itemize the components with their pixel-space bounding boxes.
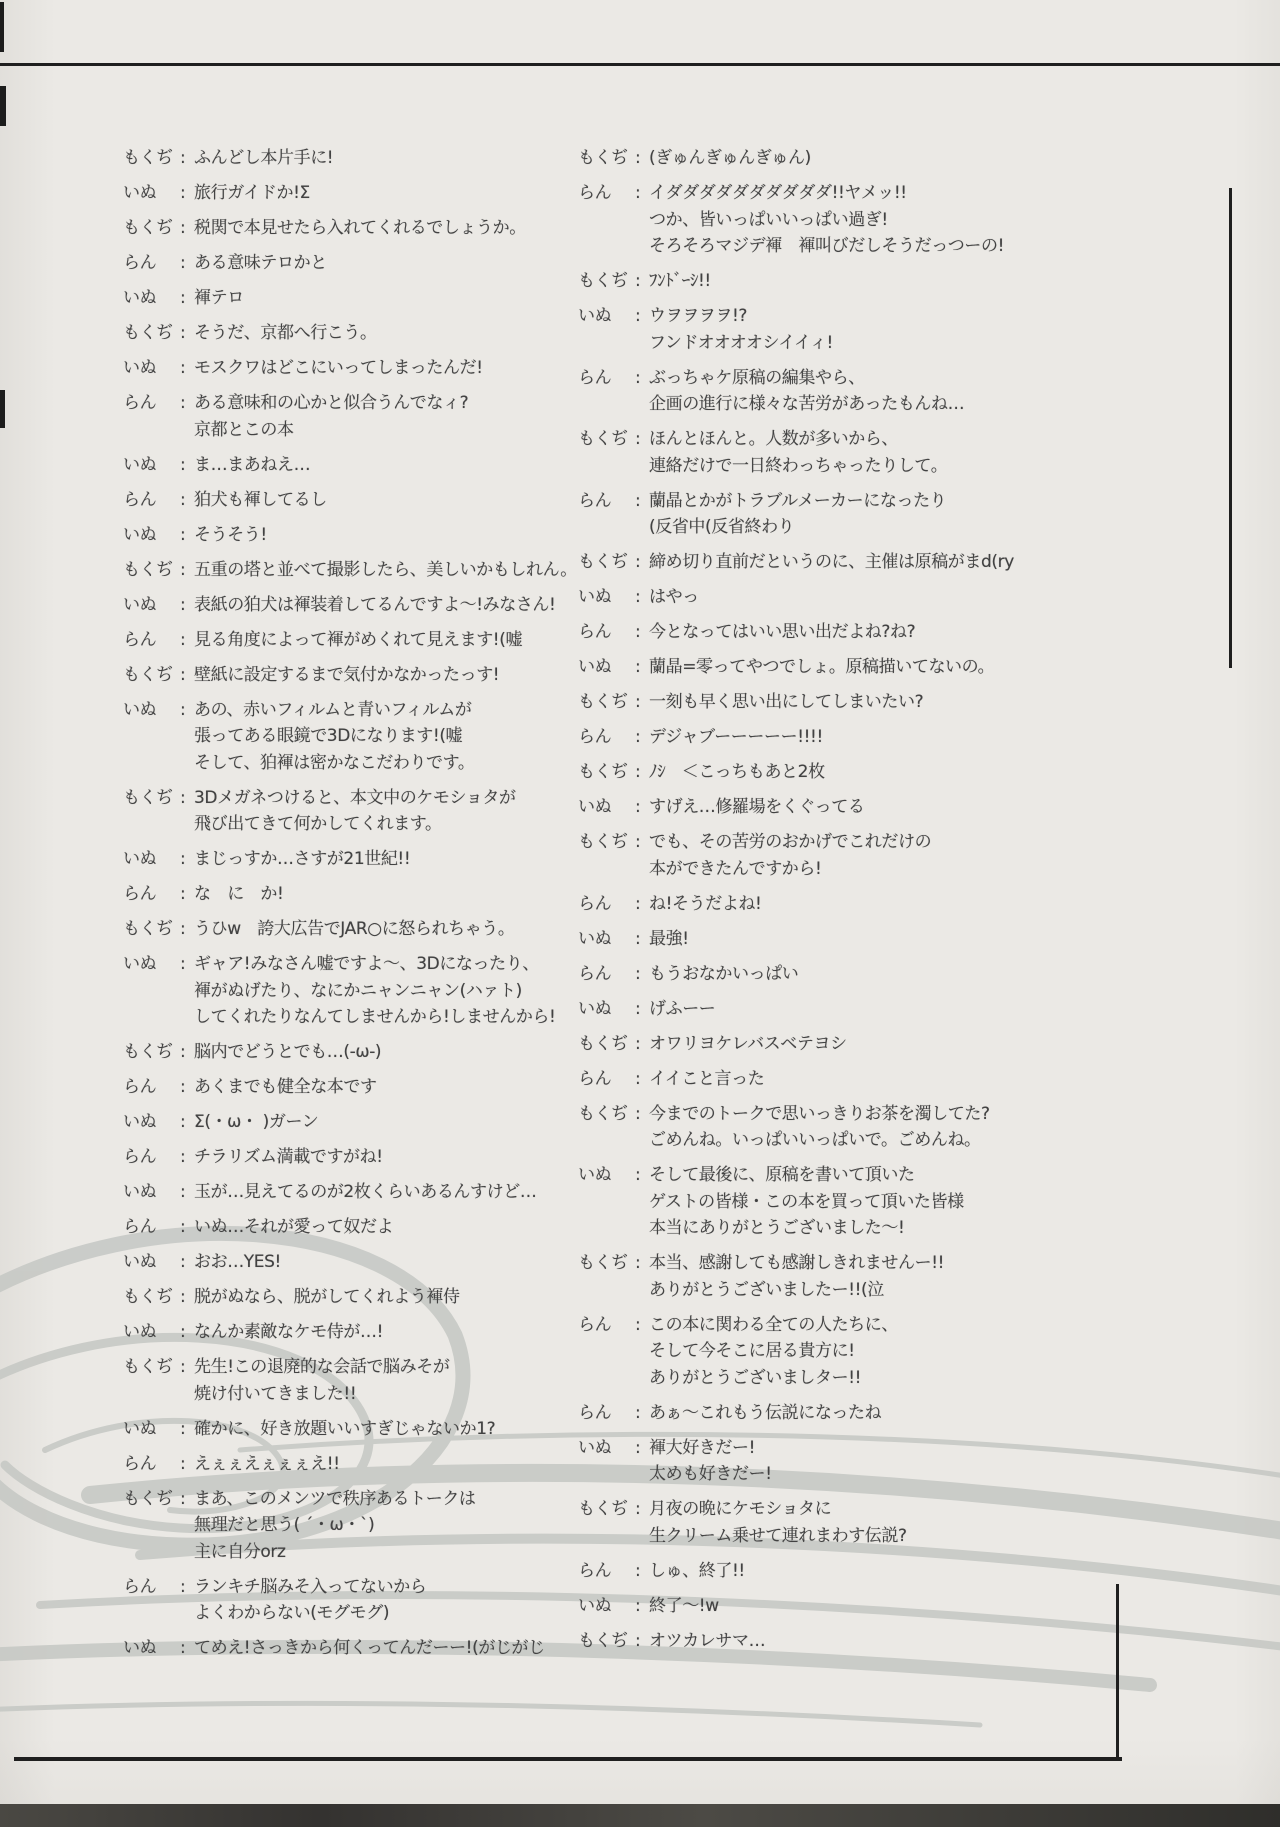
dialogue-text: ある意味テロかと [194, 250, 593, 277]
speaker-label: もくぢ [578, 145, 635, 172]
dialogue-entry: いぬ:げふーー [578, 996, 1098, 1023]
speaker-label: らん [123, 1214, 180, 1241]
dialogue-entry: もくぢ:締め切り直前だというのに、主催は原稿がまd(ry [578, 549, 1098, 576]
dialogue-entry: らん:今となってはいい思い出だよね?ね? [578, 619, 1098, 646]
dialogue-entry: もくぢ:そうだ、京都へ行こう。 [123, 320, 593, 347]
dialogue-text: そして最後に、原稿を書いて頂いたゲストの皆様・この本を買って頂いた皆様本当にあり… [649, 1162, 1098, 1242]
speaker-colon: : [180, 1109, 194, 1136]
dialogue-entry: もくぢ:ほんとほんと。人数が多いから、連絡だけで一日終わっちゃったりして。 [578, 426, 1098, 479]
dialogue-text: あくまでも健全な本です [194, 1074, 593, 1101]
speaker-label: いぬ [123, 522, 180, 549]
speaker-colon: : [180, 1416, 194, 1443]
speaker-colon: : [180, 145, 194, 172]
dialogue-entry: らん:あくまでも健全な本です [123, 1074, 593, 1101]
speaker-label: もくぢ [578, 549, 635, 576]
speaker-colon: : [180, 627, 194, 654]
dialogue-text: オツカレサマ… [649, 1628, 1098, 1655]
speaker-colon: : [635, 303, 649, 356]
dialogue-text: ふんどし本片手に! [194, 145, 593, 172]
speaker-colon: : [180, 1635, 194, 1662]
speaker-label: いぬ [123, 1109, 180, 1136]
speaker-colon: : [180, 697, 194, 777]
speaker-colon: : [180, 1039, 194, 1066]
dialogue-entry: いぬ:確かに、好き放題いいすぎじゃないか1? [123, 1416, 593, 1443]
dialogue-entry: いぬ:褌テロ [123, 285, 593, 312]
dialogue-text: ね!そうだよね! [649, 891, 1098, 918]
scanner-edge-bar [0, 1804, 1280, 1827]
speaker-colon: : [635, 1312, 649, 1392]
dialogue-entry: いぬ:表紙の狛犬は褌装着してるんですよ〜!みなさん! [123, 592, 593, 619]
speaker-label: いぬ [123, 1635, 180, 1662]
speaker-colon: : [180, 1214, 194, 1241]
top-rule [0, 63, 1280, 66]
dialogue-entry: もくぢ:(ぎゅんぎゅんぎゅん) [578, 145, 1098, 172]
speaker-label: らん [578, 1312, 635, 1392]
speaker-label: もくぢ [123, 557, 180, 584]
speaker-label: いぬ [578, 1435, 635, 1488]
speaker-label: いぬ [123, 355, 180, 382]
dialogue-entry: いぬ:あの、赤いフィルムと青いフィルムが張ってある眼鏡で3Dになります!(嘘そし… [123, 697, 593, 777]
dialogue-entry: らん:ね!そうだよね! [578, 891, 1098, 918]
dialogue-text: 狛犬も褌してるし [194, 487, 593, 514]
speaker-colon: : [635, 145, 649, 172]
dialogue-text: (ぎゅんぎゅんぎゅん) [649, 145, 1098, 172]
dialogue-text: まじっすか…さすが21世紀!! [194, 846, 593, 873]
dialogue-entry: もくぢ:ﾌﾝﾄﾞｰｼ!! [578, 268, 1098, 295]
speaker-label: いぬ [123, 1416, 180, 1443]
dialogue-entry: もくぢ:一刻も早く思い出にしてしまいたい? [578, 689, 1098, 716]
speaker-label: いぬ [578, 794, 635, 821]
speaker-label: いぬ [578, 1593, 635, 1620]
dialogue-text: 玉が…見えてるのが2枚くらいあるんすけど… [194, 1179, 593, 1206]
speaker-colon: : [180, 557, 194, 584]
speaker-colon: : [180, 285, 194, 312]
speaker-colon: : [635, 654, 649, 681]
speaker-label: いぬ [123, 1319, 180, 1346]
dialogue-text: 壁紙に設定するまで気付かなかったっす! [194, 662, 593, 689]
dialogue-entry: いぬ:蘭晶=零ってやつでしょ。原稿描いてないの。 [578, 654, 1098, 681]
speaker-colon: : [180, 1284, 194, 1311]
dialogue-entry: いぬ:ま…まあねえ… [123, 452, 593, 479]
speaker-colon: : [180, 846, 194, 873]
left-edge-mark [0, 390, 5, 428]
dialogue-text: 今までのトークで思いっきりお茶を濁してた?ごめんね。いっぱいいっぱいで。ごめんね… [649, 1101, 1098, 1154]
speaker-label: もくぢ [123, 1486, 180, 1566]
dialogue-entry: らん:あぁ〜これもう伝説になったね [578, 1400, 1098, 1427]
dialogue-entry: もくぢ:3Dメガネつけると、本文中のケモショタが飛び出てきて何かしてくれます。 [123, 785, 593, 838]
dialogue-text: この本に関わる全ての人たちに、そして今そこに居る貴方に!ありがとうございましター… [649, 1312, 1098, 1392]
speaker-colon: : [635, 1162, 649, 1242]
dialogue-column-right: もくぢ:(ぎゅんぎゅんぎゅん)らん:イダダダダダダダダダダ!!ヤメッ!!つか、皆… [578, 145, 1098, 1663]
speaker-label: もくぢ [123, 1284, 180, 1311]
dialogue-text: げふーー [649, 996, 1098, 1023]
dialogue-entry: もくぢ:でも、その苦労のおかげでこれだけの本ができたんですから! [578, 829, 1098, 882]
speaker-label: いぬ [123, 697, 180, 777]
dialogue-entry: いぬ:まじっすか…さすが21世紀!! [123, 846, 593, 873]
speaker-colon: : [635, 488, 649, 541]
dialogue-text: でも、その苦労のおかげでこれだけの本ができたんですから! [649, 829, 1098, 882]
dialogue-entry: いぬ:てめえ!さっきから何くってんだーー!(がじがじ [123, 1635, 593, 1662]
speaker-colon: : [180, 320, 194, 347]
speaker-colon: : [180, 250, 194, 277]
dialogue-text: うひw 誇大広告でJAR○に怒られちゃう。 [194, 916, 593, 943]
dialogue-text: ぶっちゃケ原稿の編集やら、企画の進行に様々な苦労があったもんね… [649, 365, 1098, 418]
dialogue-entry: らん:蘭晶とかがトラブルメーカーになったり(反省中(反省終わり [578, 488, 1098, 541]
speaker-label: もくぢ [578, 1031, 635, 1058]
dialogue-entry: もくぢ:オツカレサマ… [578, 1628, 1098, 1655]
dialogue-text: モスクワはどこにいってしまったんだ! [194, 355, 593, 382]
left-edge-mark [0, 2, 4, 52]
dialogue-text: 蘭晶=零ってやつでしょ。原稿描いてないの。 [649, 654, 1098, 681]
speaker-colon: : [180, 1354, 194, 1407]
speaker-colon: : [180, 180, 194, 207]
dialogue-text: Σ(・ω・ )ガーン [194, 1109, 593, 1136]
dialogue-text: なんか素敵なケモ侍が…! [194, 1319, 593, 1346]
dialogue-entry: らん:この本に関わる全ての人たちに、そして今そこに居る貴方に!ありがとうございま… [578, 1312, 1098, 1392]
speaker-colon: : [180, 1574, 194, 1627]
dialogue-entry: らん:見る角度によって褌がめくれて見えます!(嘘 [123, 627, 593, 654]
dialogue-text: 税関で本見せたら入れてくれるでしょうか。 [194, 215, 593, 242]
speaker-label: らん [578, 1066, 635, 1093]
dialogue-text: 月夜の晩にケモショタに生クリーム乗せて連れまわす伝説? [649, 1496, 1098, 1549]
dialogue-text: な に か! [194, 881, 593, 908]
speaker-colon: : [180, 355, 194, 382]
speaker-colon: : [635, 961, 649, 988]
speaker-colon: : [635, 1101, 649, 1154]
speaker-label: らん [123, 881, 180, 908]
dialogue-entry: もくぢ:税関で本見せたら入れてくれるでしょうか。 [123, 215, 593, 242]
speaker-label: もくぢ [578, 426, 635, 479]
dialogue-entry: いぬ:すげえ…修羅場をくぐってる [578, 794, 1098, 821]
dialogue-entry: らん:もうおなかいっぱい [578, 961, 1098, 988]
speaker-colon: : [180, 452, 194, 479]
dialogue-entry: らん:ある意味テロかと [123, 250, 593, 277]
left-edge-mark [0, 86, 6, 126]
dialogue-text: ﾉｼ ＜こっちもあと2枚 [649, 759, 1098, 786]
speaker-label: もくぢ [578, 1628, 635, 1655]
dialogue-text: チラリズム満載ですがね! [194, 1144, 593, 1171]
speaker-colon: : [635, 1628, 649, 1655]
dialogue-text: まあ、このメンツで秩序あるトークは無理だと思う( ´・ω・`)主に自分orz [194, 1486, 593, 1566]
dialogue-entry: もくぢ:オワリヨケレバスベテヨシ [578, 1031, 1098, 1058]
speaker-label: もくぢ [123, 1039, 180, 1066]
speaker-label: いぬ [578, 303, 635, 356]
dialogue-entry: もくぢ:ふんどし本片手に! [123, 145, 593, 172]
speaker-label: もくぢ [123, 1354, 180, 1407]
speaker-label: らん [578, 488, 635, 541]
speaker-label: らん [578, 1400, 635, 1427]
speaker-colon: : [180, 662, 194, 689]
speaker-colon: : [180, 1249, 194, 1276]
dialogue-entry: いぬ:おお…YES! [123, 1249, 593, 1276]
dialogue-entry: いぬ:そして最後に、原稿を書いて頂いたゲストの皆様・この本を買って頂いた皆様本当… [578, 1162, 1098, 1242]
speaker-colon: : [180, 951, 194, 1031]
speaker-colon: : [635, 891, 649, 918]
scanned-page: もくぢ:ふんどし本片手に!いぬ:旅行ガイドか!Σもくぢ:税関で本見せたら入れてく… [0, 0, 1280, 1827]
dialogue-text: 蘭晶とかがトラブルメーカーになったり(反省中(反省終わり [649, 488, 1098, 541]
speaker-colon: : [635, 926, 649, 953]
dialogue-text: オワリヨケレバスベテヨシ [649, 1031, 1098, 1058]
speaker-colon: : [635, 1496, 649, 1549]
speaker-label: いぬ [123, 1179, 180, 1206]
dialogue-entry: らん:デジャブーーーーー!!!! [578, 724, 1098, 751]
dialogue-entry: らん:イイこと言った [578, 1066, 1098, 1093]
dialogue-entry: もくぢ:本当、感謝しても感謝しきれませんー!!ありがとうございましたー!!(泣 [578, 1250, 1098, 1303]
dialogue-text: あぁ〜これもう伝説になったね [649, 1400, 1098, 1427]
speaker-label: らん [123, 390, 180, 443]
speaker-label: もくぢ [123, 785, 180, 838]
dialogue-text: 脳内でどうとでも…(-ω-) [194, 1039, 593, 1066]
speaker-colon: : [635, 1593, 649, 1620]
speaker-colon: : [180, 1074, 194, 1101]
dialogue-entry: もくぢ:五重の塔と並べて撮影したら、美しいかもしれん。 [123, 557, 593, 584]
dialogue-entry: らん:いぬ…それが愛って奴だよ [123, 1214, 593, 1241]
speaker-label: もくぢ [578, 1250, 635, 1303]
dialogue-entry: いぬ:褌大好きだー!太めも好きだー! [578, 1435, 1098, 1488]
speaker-label: いぬ [123, 592, 180, 619]
speaker-colon: : [180, 1144, 194, 1171]
speaker-colon: : [635, 1435, 649, 1488]
dialogue-text: ランキチ脳みそ入ってないからよくわからない(モグモグ) [194, 1574, 593, 1627]
dialogue-text: そうそう! [194, 522, 593, 549]
speaker-colon: : [635, 365, 649, 418]
speaker-colon: : [635, 1031, 649, 1058]
speaker-label: もくぢ [123, 145, 180, 172]
speaker-colon: : [635, 426, 649, 479]
dialogue-text: 褌テロ [194, 285, 593, 312]
speaker-label: らん [578, 180, 635, 260]
bottom-frame-line [14, 1757, 1122, 1761]
dialogue-entry: もくぢ:うひw 誇大広告でJAR○に怒られちゃう。 [123, 916, 593, 943]
speaker-label: もくぢ [578, 1496, 635, 1549]
speaker-label: いぬ [123, 1249, 180, 1276]
speaker-colon: : [635, 584, 649, 611]
dialogue-entry: いぬ:終了〜!w [578, 1593, 1098, 1620]
dialogue-text: 脱がぬなら、脱がしてくれよう褌侍 [194, 1284, 593, 1311]
speaker-label: らん [123, 1574, 180, 1627]
dialogue-text: 褌大好きだー!太めも好きだー! [649, 1435, 1098, 1488]
speaker-label: いぬ [123, 951, 180, 1031]
dialogue-text: 締め切り直前だというのに、主催は原稿がまd(ry [649, 549, 1098, 576]
speaker-label: いぬ [578, 926, 635, 953]
dialogue-entry: もくぢ:脱がぬなら、脱がしてくれよう褌侍 [123, 1284, 593, 1311]
dialogue-text: 本当、感謝しても感謝しきれませんー!!ありがとうございましたー!!(泣 [649, 1250, 1098, 1303]
speaker-label: いぬ [578, 654, 635, 681]
dialogue-entry: いぬ:なんか素敵なケモ侍が…! [123, 1319, 593, 1346]
dialogue-entry: らん:イダダダダダダダダダダ!!ヤメッ!!つか、皆いっぱいいっぱい過ぎ!そろそろ… [578, 180, 1098, 260]
speaker-label: もくぢ [123, 215, 180, 242]
speaker-label: もくぢ [578, 829, 635, 882]
dialogue-text: えぇぇえぇぇぇえ!! [194, 1451, 593, 1478]
dialogue-text: 最強! [649, 926, 1098, 953]
speaker-label: らん [123, 1451, 180, 1478]
dialogue-entry: もくぢ:今までのトークで思いっきりお茶を濁してた?ごめんね。いっぱいいっぱいで。… [578, 1101, 1098, 1154]
dialogue-entry: いぬ:最強! [578, 926, 1098, 953]
dialogue-text: はやっ [649, 584, 1098, 611]
dialogue-text: ほんとほんと。人数が多いから、連絡だけで一日終わっちゃったりして。 [649, 426, 1098, 479]
speaker-label: もくぢ [578, 268, 635, 295]
speaker-colon: : [635, 794, 649, 821]
speaker-colon: : [180, 1486, 194, 1566]
speaker-label: らん [578, 891, 635, 918]
speaker-colon: : [635, 180, 649, 260]
speaker-label: もくぢ [123, 916, 180, 943]
speaker-colon: : [635, 996, 649, 1023]
dialogue-entry: もくぢ:脳内でどうとでも…(-ω-) [123, 1039, 593, 1066]
right-frame-line [1229, 188, 1232, 668]
dialogue-entry: もくぢ:まあ、このメンツで秩序あるトークは無理だと思う( ´・ω・`)主に自分o… [123, 1486, 593, 1566]
speaker-colon: : [635, 619, 649, 646]
speaker-colon: : [635, 724, 649, 751]
dialogue-text: 五重の塔と並べて撮影したら、美しいかもしれん。 [194, 557, 593, 584]
dialogue-entry: もくぢ:ﾉｼ ＜こっちもあと2枚 [578, 759, 1098, 786]
dialogue-text: 一刻も早く思い出にしてしまいたい? [649, 689, 1098, 716]
speaker-label: いぬ [578, 1162, 635, 1242]
dialogue-text: てめえ!さっきから何くってんだーー!(がじがじ [194, 1635, 593, 1662]
speaker-colon: : [180, 390, 194, 443]
speaker-colon: : [180, 1319, 194, 1346]
dialogue-text: しゅ、終了!! [649, 1558, 1098, 1585]
speaker-label: らん [578, 365, 635, 418]
speaker-label: いぬ [123, 180, 180, 207]
speaker-label: いぬ [123, 285, 180, 312]
speaker-label: らん [578, 1558, 635, 1585]
speaker-colon: : [180, 881, 194, 908]
dialogue-entry: いぬ:玉が…見えてるのが2枚くらいあるんすけど… [123, 1179, 593, 1206]
speaker-colon: : [180, 487, 194, 514]
dialogue-entry: いぬ:モスクワはどこにいってしまったんだ! [123, 355, 593, 382]
dialogue-text: ウヲヲヲヲ!?フンドオオオオシイイィ! [649, 303, 1098, 356]
bottom-frame-corner-line [1116, 1584, 1119, 1761]
dialogue-text: 表紙の狛犬は褌装着してるんですよ〜!みなさん! [194, 592, 593, 619]
speaker-label: いぬ [578, 584, 635, 611]
dialogue-entry: らん:しゅ、終了!! [578, 1558, 1098, 1585]
dialogue-text: 旅行ガイドか!Σ [194, 180, 593, 207]
dialogue-entry: いぬ:旅行ガイドか!Σ [123, 180, 593, 207]
speaker-colon: : [180, 1179, 194, 1206]
speaker-colon: : [635, 1400, 649, 1427]
speaker-label: らん [578, 961, 635, 988]
speaker-label: らん [123, 250, 180, 277]
speaker-label: らん [123, 487, 180, 514]
dialogue-entry: いぬ:Σ(・ω・ )ガーン [123, 1109, 593, 1136]
speaker-colon: : [180, 215, 194, 242]
dialogue-entry: らん:な に か! [123, 881, 593, 908]
speaker-label: らん [578, 619, 635, 646]
speaker-label: もくぢ [123, 662, 180, 689]
dialogue-text: ﾌﾝﾄﾞｰｼ!! [649, 268, 1098, 295]
dialogue-text: 確かに、好き放題いいすぎじゃないか1? [194, 1416, 593, 1443]
speaker-colon: : [635, 829, 649, 882]
speaker-colon: : [180, 785, 194, 838]
speaker-colon: : [180, 916, 194, 943]
dialogue-text: 今となってはいい思い出だよね?ね? [649, 619, 1098, 646]
dialogue-entry: もくぢ:月夜の晩にケモショタに生クリーム乗せて連れまわす伝説? [578, 1496, 1098, 1549]
speaker-label: いぬ [123, 452, 180, 479]
dialogue-entry: らん:ある意味和の心かと似合うんでなィ?京都とこの本 [123, 390, 593, 443]
speaker-colon: : [635, 549, 649, 576]
dialogue-entry: いぬ:ウヲヲヲヲ!?フンドオオオオシイイィ! [578, 303, 1098, 356]
speaker-label: らん [123, 627, 180, 654]
dialogue-entry: いぬ:はやっ [578, 584, 1098, 611]
speaker-colon: : [635, 1250, 649, 1303]
dialogue-entry: らん:ランキチ脳みそ入ってないからよくわからない(モグモグ) [123, 1574, 593, 1627]
speaker-colon: : [180, 522, 194, 549]
dialogue-entry: いぬ:そうそう! [123, 522, 593, 549]
dialogue-text: ギャア!みなさん嘘ですよ〜、3Dになったり、褌がぬげたり、なにかニャンニャン(ハ… [194, 951, 593, 1031]
dialogue-text: 見る角度によって褌がめくれて見えます!(嘘 [194, 627, 593, 654]
speaker-colon: : [635, 759, 649, 786]
dialogue-text: イイこと言った [649, 1066, 1098, 1093]
dialogue-text: もうおなかいっぱい [649, 961, 1098, 988]
dialogue-entry: もくぢ:先生!この退廃的な会話で脳みそが焼け付いてきました!! [123, 1354, 593, 1407]
speaker-label: もくぢ [578, 1101, 635, 1154]
dialogue-column-left: もくぢ:ふんどし本片手に!いぬ:旅行ガイドか!Σもくぢ:税関で本見せたら入れてく… [123, 145, 593, 1670]
speaker-label: らん [123, 1144, 180, 1171]
dialogue-entry: らん:チラリズム満載ですがね! [123, 1144, 593, 1171]
dialogue-text: 先生!この退廃的な会話で脳みそが焼け付いてきました!! [194, 1354, 593, 1407]
dialogue-text: イダダダダダダダダダダ!!ヤメッ!!つか、皆いっぱいいっぱい過ぎ!そろそろマジデ… [649, 180, 1098, 260]
speaker-colon: : [635, 1066, 649, 1093]
speaker-label: もくぢ [578, 759, 635, 786]
dialogue-text: おお…YES! [194, 1249, 593, 1276]
dialogue-text: あの、赤いフィルムと青いフィルムが張ってある眼鏡で3Dになります!(嘘そして、狛… [194, 697, 593, 777]
speaker-label: らん [123, 1074, 180, 1101]
dialogue-text: 終了〜!w [649, 1593, 1098, 1620]
dialogue-entry: もくぢ:壁紙に設定するまで気付かなかったっす! [123, 662, 593, 689]
speaker-colon: : [180, 592, 194, 619]
dialogue-text: いぬ…それが愛って奴だよ [194, 1214, 593, 1241]
dialogue-entry: らん:ぶっちゃケ原稿の編集やら、企画の進行に様々な苦労があったもんね… [578, 365, 1098, 418]
dialogue-text: すげえ…修羅場をくぐってる [649, 794, 1098, 821]
dialogue-text: デジャブーーーーー!!!! [649, 724, 1098, 751]
speaker-label: らん [578, 724, 635, 751]
speaker-colon: : [635, 689, 649, 716]
speaker-colon: : [635, 1558, 649, 1585]
speaker-label: いぬ [578, 996, 635, 1023]
speaker-label: いぬ [123, 846, 180, 873]
speaker-label: もくぢ [123, 320, 180, 347]
speaker-colon: : [180, 1451, 194, 1478]
dialogue-text: ま…まあねえ… [194, 452, 593, 479]
dialogue-text: 3Dメガネつけると、本文中のケモショタが飛び出てきて何かしてくれます。 [194, 785, 593, 838]
speaker-label: もくぢ [578, 689, 635, 716]
dialogue-text: ある意味和の心かと似合うんでなィ?京都とこの本 [194, 390, 593, 443]
dialogue-entry: らん:狛犬も褌してるし [123, 487, 593, 514]
speaker-colon: : [635, 268, 649, 295]
dialogue-entry: らん:えぇぇえぇぇぇえ!! [123, 1451, 593, 1478]
dialogue-entry: いぬ:ギャア!みなさん嘘ですよ〜、3Dになったり、褌がぬげたり、なにかニャンニャ… [123, 951, 593, 1031]
dialogue-text: そうだ、京都へ行こう。 [194, 320, 593, 347]
